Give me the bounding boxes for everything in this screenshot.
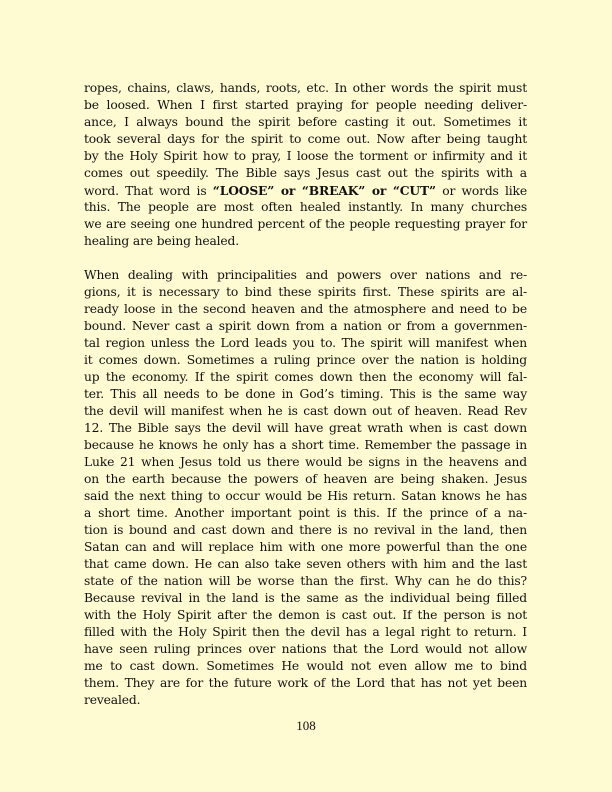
text-line: took several days for the spirit to come… (84, 131, 527, 148)
text-line: ready loose in the second heaven and the… (84, 301, 527, 318)
text-line: comes out speedily. The Bible says Jesus… (84, 165, 527, 182)
page-number: 108 (0, 718, 612, 734)
text-line: because he knows he only has a short tim… (84, 437, 527, 454)
text-line: filled with the Holy Spirit then the dev… (84, 624, 527, 641)
paragraph-2: When dealing with principalities and pow… (84, 267, 527, 709)
text-line: tion is bound and cast down and there is… (84, 522, 527, 539)
text-line: Luke 21 when Jesus told us there would b… (84, 454, 527, 471)
page-body: ropes, chains, claws, hands, roots, etc.… (84, 80, 527, 709)
text-line: a short time. Another important point is… (84, 505, 527, 522)
text-line: ance, I always bound the spirit before c… (84, 114, 527, 131)
text-line: ropes, chains, claws, hands, roots, etc.… (84, 80, 527, 97)
text-line: me to cast down. Sometimes He would not … (84, 658, 527, 675)
text-line: said the next thing to occur would be Hi… (84, 488, 527, 505)
text-line: revealed. (84, 692, 527, 709)
emphasized-words: “LOOSE” or “BREAK” or “CUT” (213, 183, 436, 198)
text-line: that came down. He can also take seven o… (84, 556, 527, 573)
paragraph-1: ropes, chains, claws, hands, roots, etc.… (84, 80, 527, 250)
text-line: have seen ruling princes over nations th… (84, 641, 527, 658)
text-line: by the Holy Spirit how to pray, I loose … (84, 148, 527, 165)
text-line: Satan can and will replace him with one … (84, 539, 527, 556)
text-line: we are seeing one hundred percent of the… (84, 216, 527, 233)
text-line: with the Holy Spirit after the demon is … (84, 607, 527, 624)
text-line: Because revival in the land is the same … (84, 590, 527, 607)
text-line: ter. This all needs to be done in God’s … (84, 386, 527, 403)
text-line: it comes down. Sometimes a ruling prince… (84, 352, 527, 369)
text-line: healing are being healed. (84, 233, 527, 250)
text-line: state of the nation will be worse than t… (84, 573, 527, 590)
text-line: on the earth because the powers of heave… (84, 471, 527, 488)
text-line: this. The people are most often healed i… (84, 199, 527, 216)
text-line: up the economy. If the spirit comes down… (84, 369, 527, 386)
text-line-with-emphasis: word. That word is “LOOSE” or “BREAK” or… (84, 182, 527, 199)
text-line: them. They are for the future work of th… (84, 675, 527, 692)
text-line: When dealing with principalities and pow… (84, 267, 527, 284)
text-segment: word. That word is (84, 184, 213, 198)
text-line: the devil will manifest when he is cast … (84, 403, 527, 420)
text-line: tal region unless the Lord leads you to.… (84, 335, 527, 352)
text-line: gions, it is necessary to bind these spi… (84, 284, 527, 301)
text-line: bound. Never cast a spirit down from a n… (84, 318, 527, 335)
text-segment: or words like (436, 184, 527, 198)
text-line: 12. The Bible says the devil will have g… (84, 420, 527, 437)
text-line: be loosed. When I first started praying … (84, 97, 527, 114)
